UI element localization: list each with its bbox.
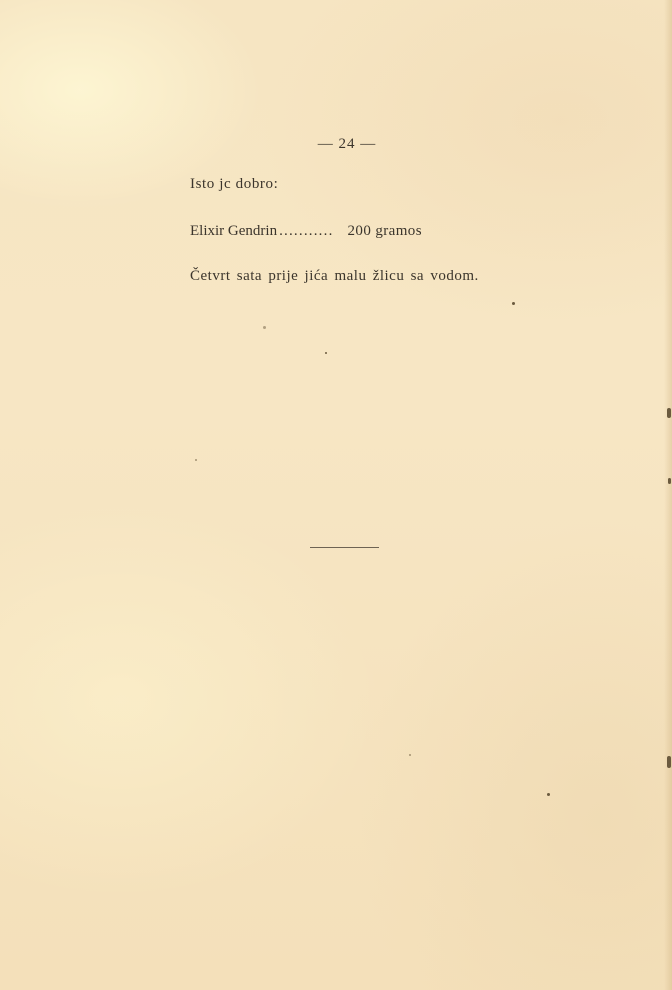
prescription-item: Elixir Gendrin (190, 223, 277, 240)
end-rule-divider (310, 547, 379, 548)
dot-leader: ........... (279, 223, 333, 240)
scanned-page: — 24 — Isto jc dobro: Elixir Gendrin ...… (0, 0, 672, 990)
speck-mark (325, 352, 327, 354)
edge-mark (667, 408, 671, 418)
speck-mark (409, 754, 411, 756)
speck-mark (512, 302, 515, 305)
speck-mark (195, 459, 197, 461)
intro-line: Isto jc dobro: (190, 176, 278, 193)
prescription-quantity: 200 gramos (348, 223, 422, 240)
edge-mark (667, 756, 671, 768)
speck-mark (547, 793, 550, 796)
prescription-line: Elixir Gendrin ........... 200 gramos (190, 223, 422, 240)
page-number: — 24 — (0, 136, 672, 153)
instruction-line: Četvrt sata prije jića malu žlicu sa vod… (190, 268, 479, 285)
edge-mark (668, 478, 671, 484)
speck-mark (263, 326, 266, 329)
